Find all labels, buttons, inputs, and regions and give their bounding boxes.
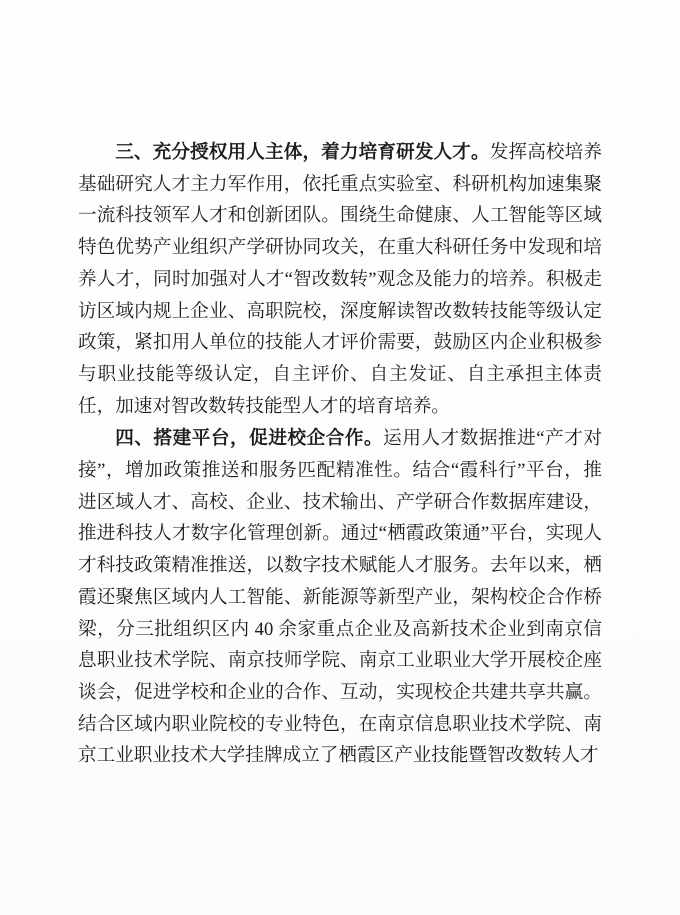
section-3-body-text: 发挥高校培养基础研究人才主力军作用，依托重点实验室、科研机构加速集聚一流科技领军… bbox=[78, 142, 602, 417]
paragraph-section-4: 四、搭建平台，促进校企合作。运用人才数据推进“产才对接”，增加政策推送和服务匹配… bbox=[78, 422, 602, 772]
document-body: 三、充分授权用人主体，着力培育研发人才。发挥高校培养基础研究人才主力军作用，依托… bbox=[78, 136, 602, 772]
paragraph-section-3: 三、充分授权用人主体，着力培育研发人才。发挥高校培养基础研究人才主力军作用，依托… bbox=[78, 136, 602, 422]
section-4-body-text: 运用人才数据推进“产才对接”，增加政策推送和服务匹配精准性。结合“霞科行”平台，… bbox=[78, 428, 602, 766]
section-4-heading: 四、搭建平台，促进校企合作。 bbox=[115, 427, 383, 448]
section-3-heading: 三、充分授权用人主体，着力培育研发人才。 bbox=[115, 141, 490, 162]
document-page: 三、充分授权用人主体，着力培育研发人才。发挥高校培养基础研究人才主力军作用，依托… bbox=[0, 0, 680, 915]
